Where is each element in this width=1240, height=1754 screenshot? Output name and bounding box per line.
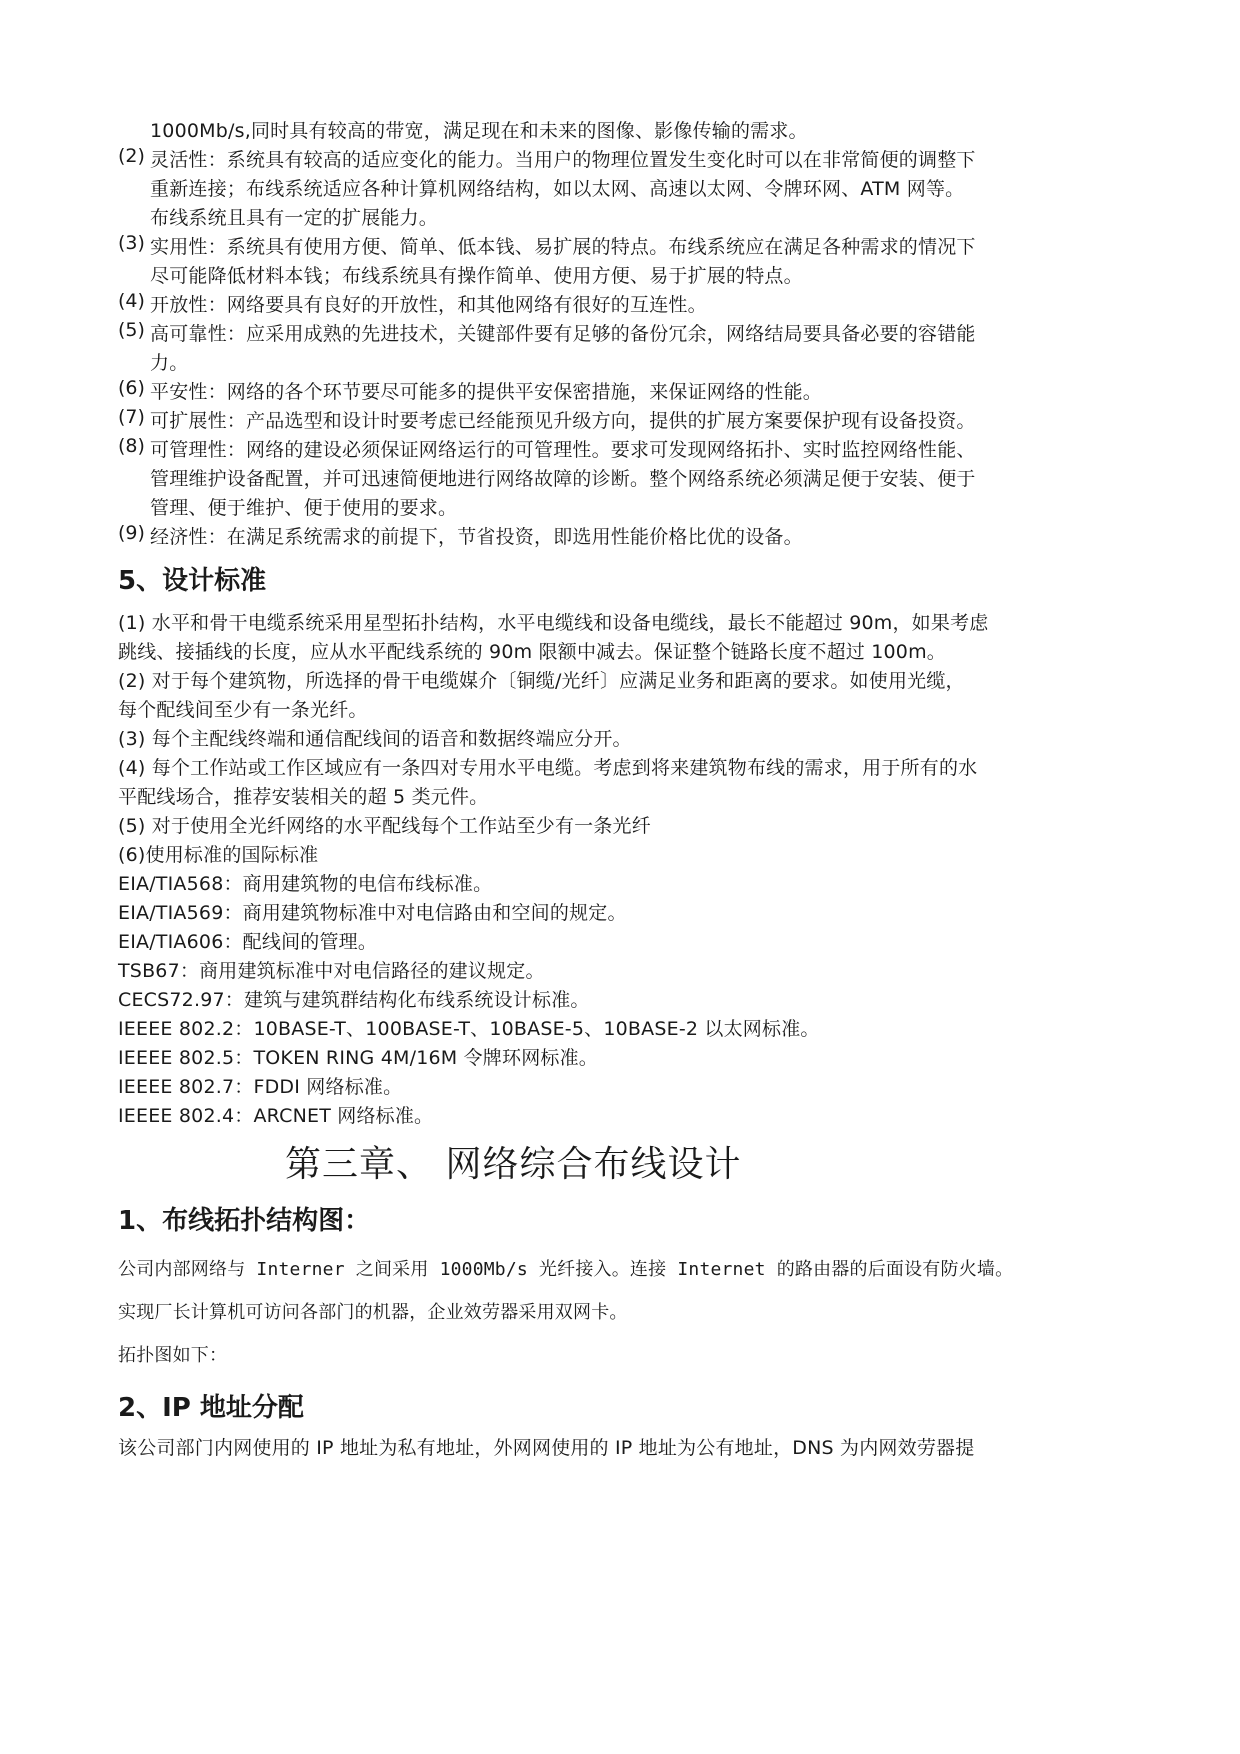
standard-item: EIA/TIA569：商用建筑物标准中对电信路由和空间的规定。 [118, 898, 627, 925]
paragraph-line: 实现厂长计算机可访问各部门的机器，企业效劳器采用双网卡。 [118, 1298, 628, 1324]
list-item-text: 可管理性：网络的建设必须保证网络运行的可管理性。要求可发现网络拓扑、实时监控网络… [150, 435, 976, 462]
standard-item: EIA/TIA568：商用建筑物的电信布线标准。 [118, 869, 492, 896]
section-heading: 2、IP 地址分配 [118, 1387, 304, 1424]
standard-item: TSB67：商用建筑标准中对电信路径的建议规定。 [118, 956, 545, 983]
list-number: (5) [118, 319, 145, 341]
list-number: (4) [118, 290, 145, 312]
document-page: 1000Mb/s,同时具有较高的带宽，满足现在和未来的图像、影像传输的需求。 (… [0, 0, 1240, 1754]
list-number: (7) [118, 406, 145, 428]
paragraph-line: (4) 每个工作站或工作区域应有一条四对专用水平电缆。考虑到将来建筑物布线的需求… [118, 753, 977, 780]
paragraph-line: 每个配线间至少有一条光纤。 [118, 695, 368, 722]
list-number: (8) [118, 435, 145, 457]
list-item-text: 管理维护设备配置，并可迅速简便地进行网络故障的诊断。整个网络系统必须满足便于安装… [150, 464, 976, 491]
list-item-text: 开放性：网络要具有良好的开放性，和其他网络有很好的互连性。 [150, 290, 707, 317]
list-item-text: 灵活性：系统具有较高的适应变化的能力。当用户的物理位置发生变化时可以在非常简便的… [150, 145, 976, 172]
standard-item: IEEEE 802.7：FDDI 网络标准。 [118, 1072, 402, 1099]
standard-item: CECS72.97：建筑与建筑群结构化布线系统设计标准。 [118, 985, 590, 1012]
list-item-text: 重新连接；布线系统适应各种计算机网络结构，如以太网、高速以太网、令牌环网、ATM… [150, 174, 964, 201]
paragraph-line: 该公司部门内网使用的 IP 地址为私有地址，外网网使用的 IP 地址为公有地址，… [118, 1433, 974, 1460]
paragraph-line: (1) 水平和骨干电缆系统采用星型拓扑结构，水平电缆线和设备电缆线，最长不能超过… [118, 608, 988, 635]
standard-item: EIA/TIA606：配线间的管理。 [118, 927, 377, 954]
list-number: (6) [118, 377, 145, 399]
paragraph-line: (6)使用标准的国际标准 [118, 840, 318, 867]
list-item-text: 布线系统且具有一定的扩展能力。 [150, 203, 438, 230]
list-item-text: 力。 [150, 348, 188, 375]
list-item-text: 尽可能降低材料本钱；布线系统具有操作简单、使用方便、易于扩展的特点。 [150, 261, 803, 288]
paragraph-line: 跳线、接插线的长度，应从水平配线系统的 90m 限额中减去。保证整个链路长度不超… [118, 637, 946, 664]
paragraph-line: 拓扑图如下： [118, 1341, 227, 1367]
list-number: (3) [118, 232, 145, 254]
paragraph-line: 平配线场合，推荐安装相关的超 5 类元件。 [118, 782, 488, 809]
list-item-text: 高可靠性：应采用成熟的先进技术，关键部件要有足够的备份冗余，网络结局要具备必要的… [150, 319, 976, 346]
standard-item: IEEEE 802.4：ARCNET 网络标准。 [118, 1101, 433, 1128]
paragraph-line: (3) 每个主配线终端和通信配线间的语音和数据终端应分开。 [118, 724, 632, 751]
list-continuation: 1000Mb/s,同时具有较高的带宽，满足现在和未来的图像、影像传输的需求。 [150, 116, 808, 143]
list-number: (2) [118, 145, 145, 167]
section-heading: 5、设计标准 [118, 560, 266, 597]
standard-item: IEEEE 802.5：TOKEN RING 4M/16M 令牌环网标准。 [118, 1043, 598, 1070]
list-number: (9) [118, 522, 145, 544]
standard-item: IEEEE 802.2：10BASE-T、100BASE-T、10BASE-5、… [118, 1014, 820, 1041]
paragraph-line: 公司内部网络与 Interner 之间采用 1000Mb/s 光纤接入。连接 I… [118, 1255, 1013, 1281]
section-heading: 1、布线拓扑结构图： [118, 1200, 370, 1237]
list-item-text: 可扩展性：产品选型和设计时要考虑已经能预见升级方向，提供的扩展方案要保护现有设备… [150, 406, 976, 433]
paragraph-line: (2) 对于每个建筑物，所选择的骨干电缆媒介〔铜缆/光纤〕应满足业务和距离的要求… [118, 666, 965, 693]
list-item-text: 管理、便于维护、便于使用的要求。 [150, 493, 457, 520]
list-item-text: 平安性：网络的各个环节要尽可能多的提供平安保密措施，来保证网络的性能。 [150, 377, 822, 404]
paragraph-line: (5) 对于使用全光纤网络的水平配线每个工作站至少有一条光纤 [118, 811, 651, 838]
chapter-title: 第三章、 网络综合布线设计 [285, 1136, 741, 1187]
list-item-text: 经济性：在满足系统需求的前提下，节省投资，即选用性能价格比优的设备。 [150, 522, 803, 549]
list-item-text: 实用性：系统具有使用方便、简单、低本钱、易扩展的特点。布线系统应在满足各种需求的… [150, 232, 976, 259]
